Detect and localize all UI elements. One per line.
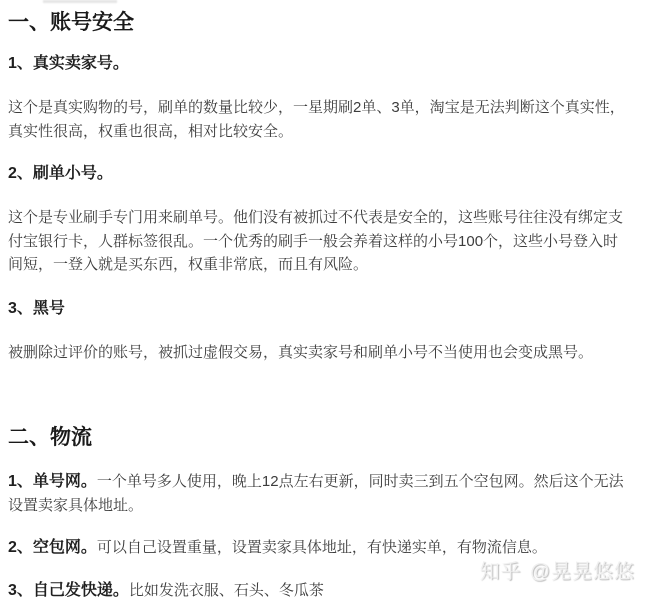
cropped-text-remnant: [43, 0, 117, 3]
paragraph-empty-package-site: 2、空包网。可以自己设置重量，设置卖家具体地址，有快递实单，有物流信息。: [8, 536, 630, 560]
paragraph-body-self-shipping: 比如发洗衣服、石头、冬瓜茶: [129, 582, 324, 599]
zhihu-watermark-handle: @晃晃悠悠: [530, 561, 635, 583]
zhihu-watermark-site: 知乎: [480, 561, 522, 583]
subheading-real-seller-account: 1、真实卖家号。: [8, 53, 630, 75]
section-heading-account-safety: 一、账号安全: [8, 8, 630, 37]
paragraph-brushing-alt-account: 这个是专业刷手专门用来刷单号。他们没有被抓过不代表是安全的，这些账号往往没有绑定…: [8, 206, 630, 277]
paragraph-lead-self-shipping: 3、自己发快递。: [8, 582, 129, 599]
paragraph-black-account: 被删除过评价的账号，被抓过虚假交易，真实卖家号和刷单小号不当使用也会变成黑号。: [8, 341, 630, 365]
paragraph-body-empty-package-site: 可以自己设置重量，设置卖家具体地址，有快递实单，有物流信息。: [97, 539, 547, 556]
paragraph-lead-empty-package-site: 2、空包网。: [8, 539, 97, 556]
subheading-black-account: 3、黑号: [8, 298, 630, 320]
paragraph-real-seller-account: 这个是真实购物的号，刷单的数量比较少，一星期刷2单、3单，淘宝是无法判断这个真实…: [8, 96, 630, 143]
section-heading-logistics: 二、物流: [8, 423, 630, 452]
subheading-brushing-alt-account: 2、刷单小号。: [8, 163, 630, 185]
paragraph-body-tracking-number-site: 一个单号多人使用，晚上12点左右更新，同时卖三到五个空包网。然后这个无法设置卖家…: [8, 473, 624, 514]
zhihu-watermark: 知乎@晃晃悠悠: [480, 558, 635, 586]
article-content: 一、账号安全 1、真实卖家号。 这个是真实购物的号，刷单的数量比较少，一星期刷2…: [0, 0, 649, 600]
paragraph-tracking-number-site: 1、单号网。一个单号多人使用，晚上12点左右更新，同时卖三到五个空包网。然后这个…: [8, 470, 630, 517]
paragraph-lead-tracking-number-site: 1、单号网。: [8, 473, 97, 490]
